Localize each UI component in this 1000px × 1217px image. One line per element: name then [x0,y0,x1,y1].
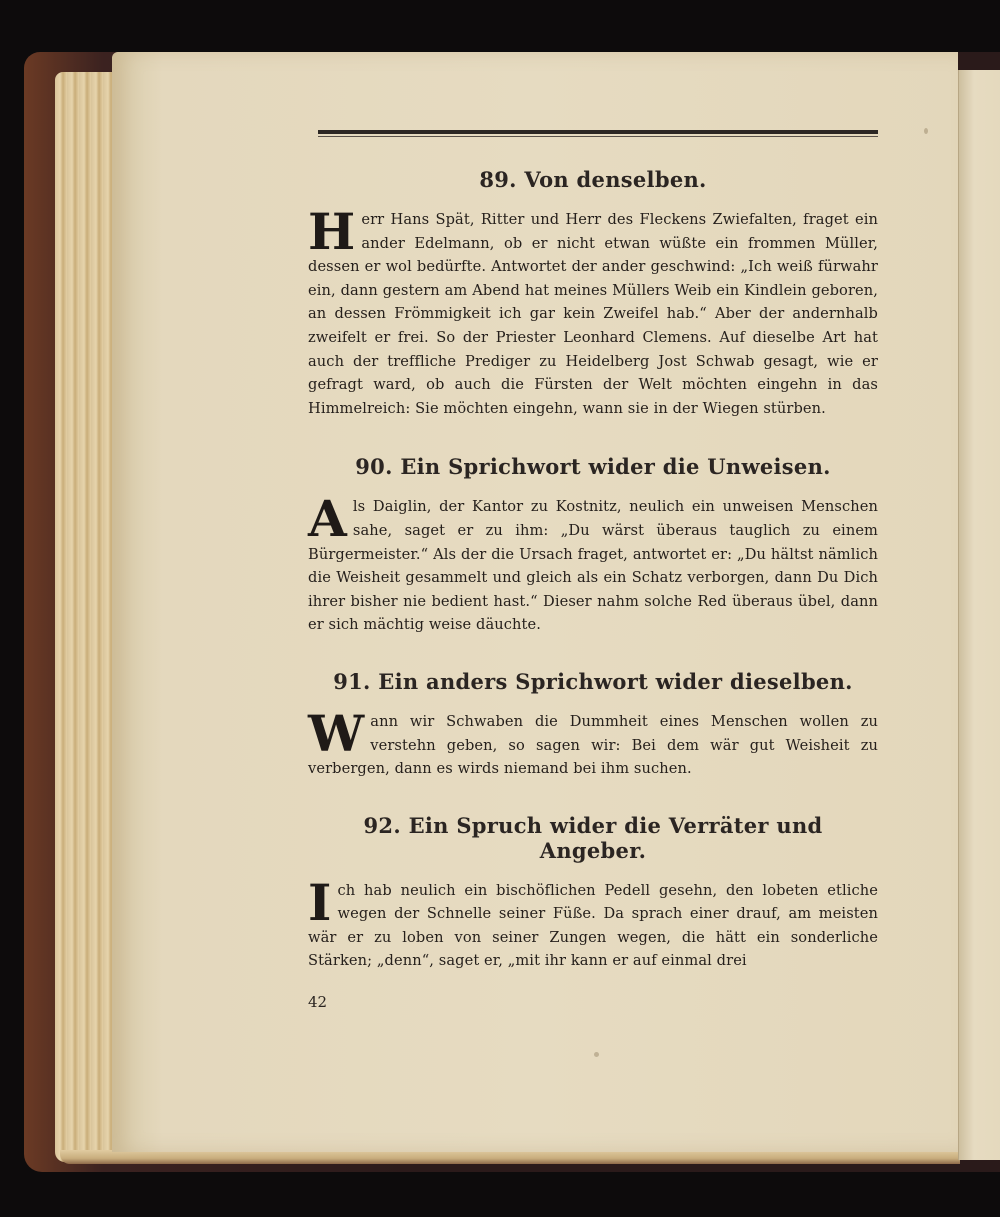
paper-stain [924,128,928,134]
paragraph-text: ch hab neulich ein bischöflichen Pedell … [308,882,878,970]
section-title-90: 90. Ein Sprichwort wider die Unweisen. [308,454,878,479]
paragraph-text: ls Daiglin, der Kantor zu Kostnitz, neul… [308,498,878,633]
section-heading: Ein anders Sprichwort wider dieselben. [378,669,852,694]
drop-cap: I [308,881,332,925]
section-title-89: 89. Von denselben. [308,167,878,192]
paper-stain [594,1052,599,1057]
section-title-91: 91. Ein anders Sprichwort wider dieselbe… [308,669,878,694]
paragraph-text: err Hans Spät, Ritter und Herr des Fleck… [308,211,878,417]
section-heading: Ein Spruch wider die Verräter und Angebe… [409,813,823,863]
section-number: 91. [333,669,370,694]
paragraph-text: ann wir Schwaben die Dummheit eines Mens… [308,713,878,777]
section-body-90: Als Daiglin, der Kantor zu Kostnitz, neu… [308,495,878,637]
drop-cap: H [308,210,355,254]
section-heading: Ein Sprichwort wider die Unweisen. [400,454,830,479]
drop-cap: A [308,497,347,541]
section-number: 92. [364,813,401,838]
facing-page [958,70,1000,1160]
section-number: 90. [355,454,392,479]
header-rule-thin [318,136,878,137]
section-heading: Von denselben. [524,167,706,192]
page-number: 42 [308,993,327,1011]
section-title-92: 92. Ein Spruch wider die Verräter und An… [308,813,878,863]
header-rule [318,130,878,134]
page-content: 89. Von denselben. Herr Hans Spät, Ritte… [308,130,878,973]
section-number: 89. [479,167,516,192]
drop-cap: W [308,712,364,756]
section-body-89: Herr Hans Spät, Ritter und Herr des Flec… [308,208,878,420]
page-edges-bottom [60,1150,960,1164]
section-body-91: Wann wir Schwaben die Dummheit eines Men… [308,710,878,781]
section-body-92: Ich hab neulich ein bischöflichen Pedell… [308,879,878,973]
